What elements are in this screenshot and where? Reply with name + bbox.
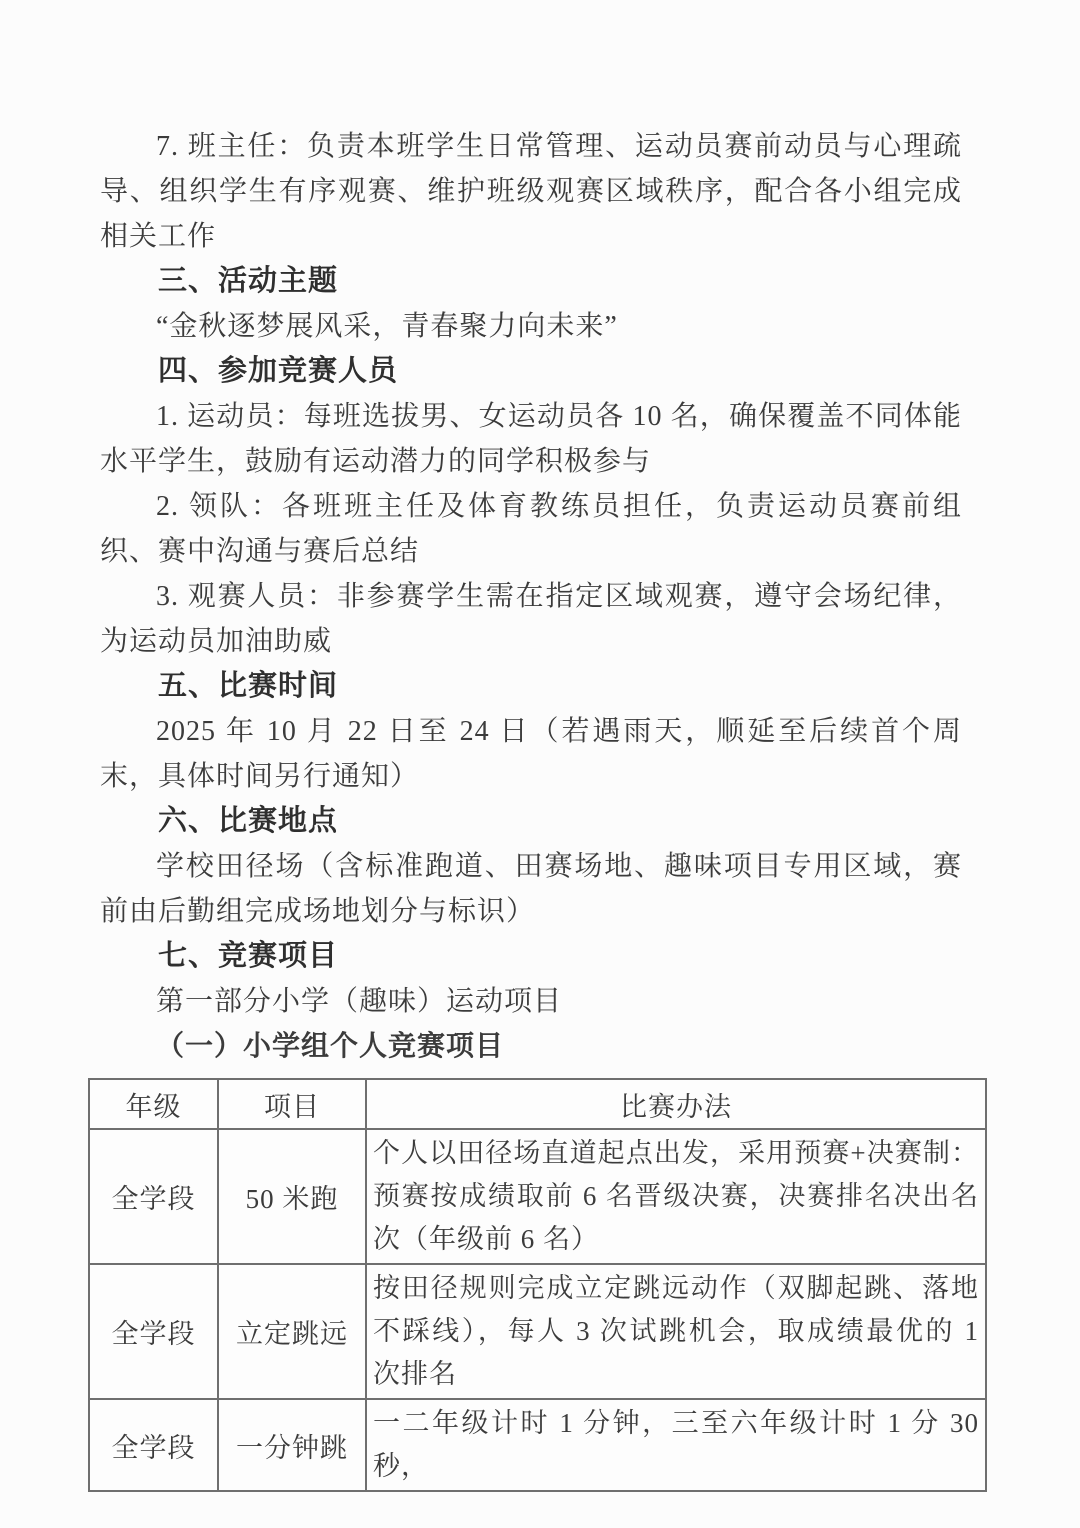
- paragraph-competition-date: 2025 年 10 月 22 日至 24 日（若遇雨天，顺延至后续首个周末，具体…: [100, 709, 962, 799]
- table-row-one-minute-jump: 全学段 一分钟跳 一二年级计时 1 分钟，三至六年级计时 1 分 30 秒，: [89, 1399, 986, 1491]
- paragraph-class-teacher-duty: 7. 班主任：负责本班学生日常管理、运动员赛前动员与心理疏导、组织学生有序观赛、…: [100, 124, 962, 259]
- cell-grade: 全学段: [89, 1129, 218, 1264]
- cell-event: 一分钟跳: [218, 1399, 366, 1491]
- paragraph-venue-detail: 学校田径场（含标准跑道、田赛场地、趣味项目专用区域，赛前由后勤组完成场地划分与标…: [100, 844, 962, 934]
- table-header-row: 年级 项目 比赛办法: [89, 1079, 986, 1129]
- table-header-method: 比赛办法: [366, 1079, 986, 1129]
- table-header-event: 项目: [218, 1079, 366, 1129]
- cell-method: 个人以田径场直道起点出发，采用预赛+决赛制：预赛按成绩取前 6 名晋级决赛，决赛…: [366, 1129, 986, 1264]
- paragraph-spectators: 3. 观赛人员：非参赛学生需在指定区域观赛，遵守会场纪律，为运动员加油助威: [100, 574, 962, 664]
- paragraph-athletes: 1. 运动员：每班选拔男、女运动员各 10 名，确保覆盖不同体能水平学生，鼓励有…: [100, 394, 962, 484]
- document-page: 7. 班主任：负责本班学生日常管理、运动员赛前动员与心理疏导、组织学生有序观赛、…: [0, 0, 1080, 1528]
- subheading-primary-individual-events: （一）小学组个人竞赛项目: [100, 1024, 962, 1069]
- section-heading-activity-theme: 三、活动主题: [100, 259, 962, 304]
- section-heading-competition-events: 七、竞赛项目: [100, 934, 962, 979]
- cell-method: 按田径规则完成立定跳远动作（双脚起跳、落地不踩线），每人 3 次试跳机会，取成绩…: [366, 1264, 986, 1399]
- subheading-part-one-primary-fun-events: 第一部分小学（趣味）运动项目: [100, 979, 962, 1024]
- cell-grade: 全学段: [89, 1399, 218, 1491]
- cell-grade: 全学段: [89, 1264, 218, 1399]
- paragraph-team-leaders: 2. 领队：各班班主任及体育教练员担任，负责运动员赛前组织、赛中沟通与赛后总结: [100, 484, 962, 574]
- table-header-grade: 年级: [89, 1079, 218, 1129]
- section-heading-competition-venue: 六、比赛地点: [100, 799, 962, 844]
- table-row-50m-run: 全学段 50 米跑 个人以田径场直道起点出发，采用预赛+决赛制：预赛按成绩取前 …: [89, 1129, 986, 1264]
- cell-method: 一二年级计时 1 分钟，三至六年级计时 1 分 30 秒，: [366, 1399, 986, 1491]
- paragraph-theme-slogan: “金秋逐梦展风采，青春聚力向未来”: [100, 304, 962, 349]
- events-table: 年级 项目 比赛办法 全学段 50 米跑 个人以田径场直道起点出发，采用预赛+决…: [88, 1078, 987, 1492]
- section-heading-participants: 四、参加竞赛人员: [100, 349, 962, 394]
- cell-event: 立定跳远: [218, 1264, 366, 1399]
- section-heading-competition-time: 五、比赛时间: [100, 664, 962, 709]
- cell-event: 50 米跑: [218, 1129, 366, 1264]
- table-row-standing-long-jump: 全学段 立定跳远 按田径规则完成立定跳远动作（双脚起跳、落地不踩线），每人 3 …: [89, 1264, 986, 1399]
- document-content: 7. 班主任：负责本班学生日常管理、运动员赛前动员与心理疏导、组织学生有序观赛、…: [0, 0, 1080, 1492]
